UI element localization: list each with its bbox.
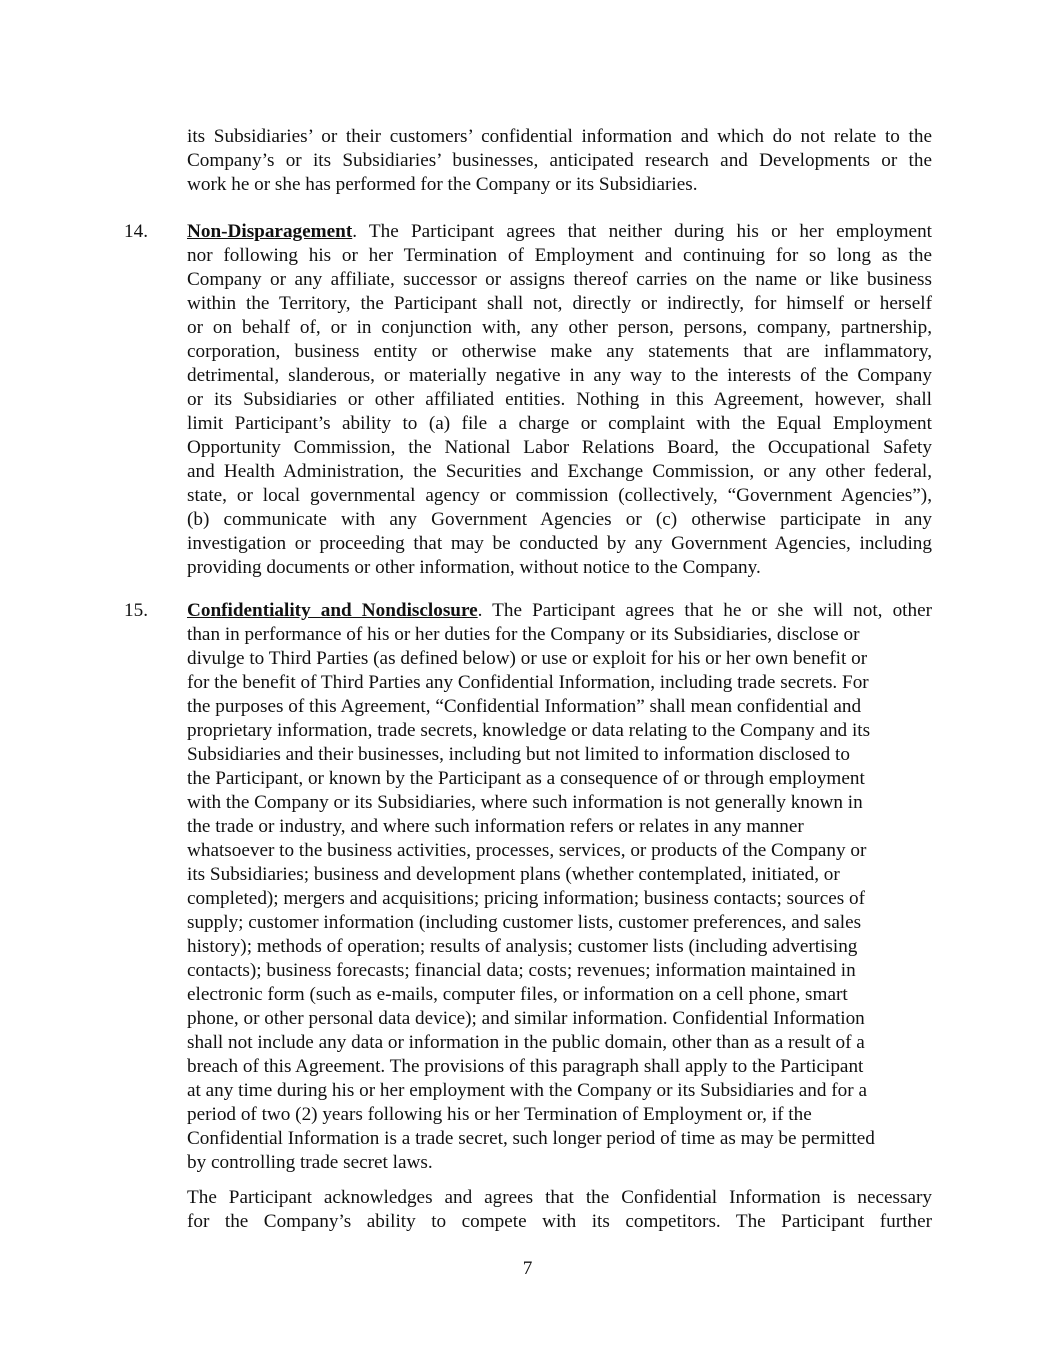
text-line: proprietary information, trade secrets, … — [187, 719, 932, 743]
text-line: Subsidiaries and their businesses, inclu… — [187, 743, 932, 767]
text-line: shall not include any data or informatio… — [187, 1031, 932, 1055]
text-line: breach of this Agreement. The provisions… — [187, 1055, 932, 1079]
document-page: its Subsidiaries’ or their customers’ co… — [0, 0, 1055, 1365]
text-line: Opportunity Commission, the National Lab… — [187, 436, 932, 460]
text-line: divulge to Third Parties (as defined bel… — [187, 647, 932, 671]
section-first-line: Non-Disparagement. The Participant agree… — [187, 220, 932, 244]
text-line: state, or local governmental agency or c… — [187, 484, 932, 508]
section-number: 15. — [124, 599, 148, 623]
text-line: providing documents or other information… — [187, 556, 932, 580]
section-number: 14. — [124, 220, 148, 244]
text-line: the trade or industry, and where such in… — [187, 815, 932, 839]
text-line: nor following his or her Termination of … — [187, 244, 932, 268]
text-line: the Participant, or known by the Partici… — [187, 767, 932, 791]
section-heading: Non-Disparagement — [187, 221, 352, 242]
text-line: or its Subsidiaries or other affiliated … — [187, 388, 932, 412]
text-line: contacts); business forecasts; financial… — [187, 959, 932, 983]
text-line: Company’s or its Subsidiaries’ businesse… — [187, 149, 932, 173]
text-line: whatsoever to the business activities, p… — [187, 839, 932, 863]
text-line: the purposes of this Agreement, “Confide… — [187, 695, 932, 719]
text-run: . The Participant agrees that neither du… — [352, 221, 932, 242]
text-line: detrimental, slanderous, or materially n… — [187, 364, 932, 388]
text-line: within the Territory, the Participant sh… — [187, 292, 932, 316]
text-line: limit Participant’s ability to (a) file … — [187, 412, 932, 436]
text-line: for the benefit of Third Parties any Con… — [187, 671, 932, 695]
text-line: by controlling trade secret laws. — [187, 1151, 932, 1175]
text-line: supply; customer information (including … — [187, 911, 932, 935]
text-line: investigation or proceeding that may be … — [187, 532, 932, 556]
text-line: at any time during his or her employment… — [187, 1079, 932, 1103]
text-line: history); methods of operation; results … — [187, 935, 932, 959]
text-line: Company or any affiliate, successor or a… — [187, 268, 932, 292]
text-line: for the Company’s ability to compete wit… — [187, 1210, 932, 1234]
text-line: than in performance of his or her duties… — [187, 623, 932, 647]
text-line: its Subsidiaries; business and developme… — [187, 863, 932, 887]
text-line: its Subsidiaries’ or their customers’ co… — [187, 125, 932, 149]
text-line: Confidential Information is a trade secr… — [187, 1127, 932, 1151]
text-line: work he or she has performed for the Com… — [187, 173, 932, 197]
text-line: and Health Administration, the Securitie… — [187, 460, 932, 484]
text-line: The Participant acknowledges and agrees … — [187, 1186, 932, 1210]
text-line: completed); mergers and acquisitions; pr… — [187, 887, 932, 911]
text-line: with the Company or its Subsidiaries, wh… — [187, 791, 932, 815]
page-number: 7 — [0, 1257, 1055, 1281]
text-line: or on behalf of, or in conjunction with,… — [187, 316, 932, 340]
text-line: (b) communicate with any Government Agen… — [187, 508, 932, 532]
text-run: . The Participant agrees that he or she … — [478, 600, 932, 621]
text-line: period of two (2) years following his or… — [187, 1103, 932, 1127]
text-line: phone, or other personal data device); a… — [187, 1007, 932, 1031]
section-first-line: Confidentiality and Nondisclosure. The P… — [187, 599, 932, 623]
text-line: electronic form (such as e-mails, comput… — [187, 983, 932, 1007]
text-line: corporation, business entity or otherwis… — [187, 340, 932, 364]
section-heading: Confidentiality and Nondisclosure — [187, 600, 478, 621]
